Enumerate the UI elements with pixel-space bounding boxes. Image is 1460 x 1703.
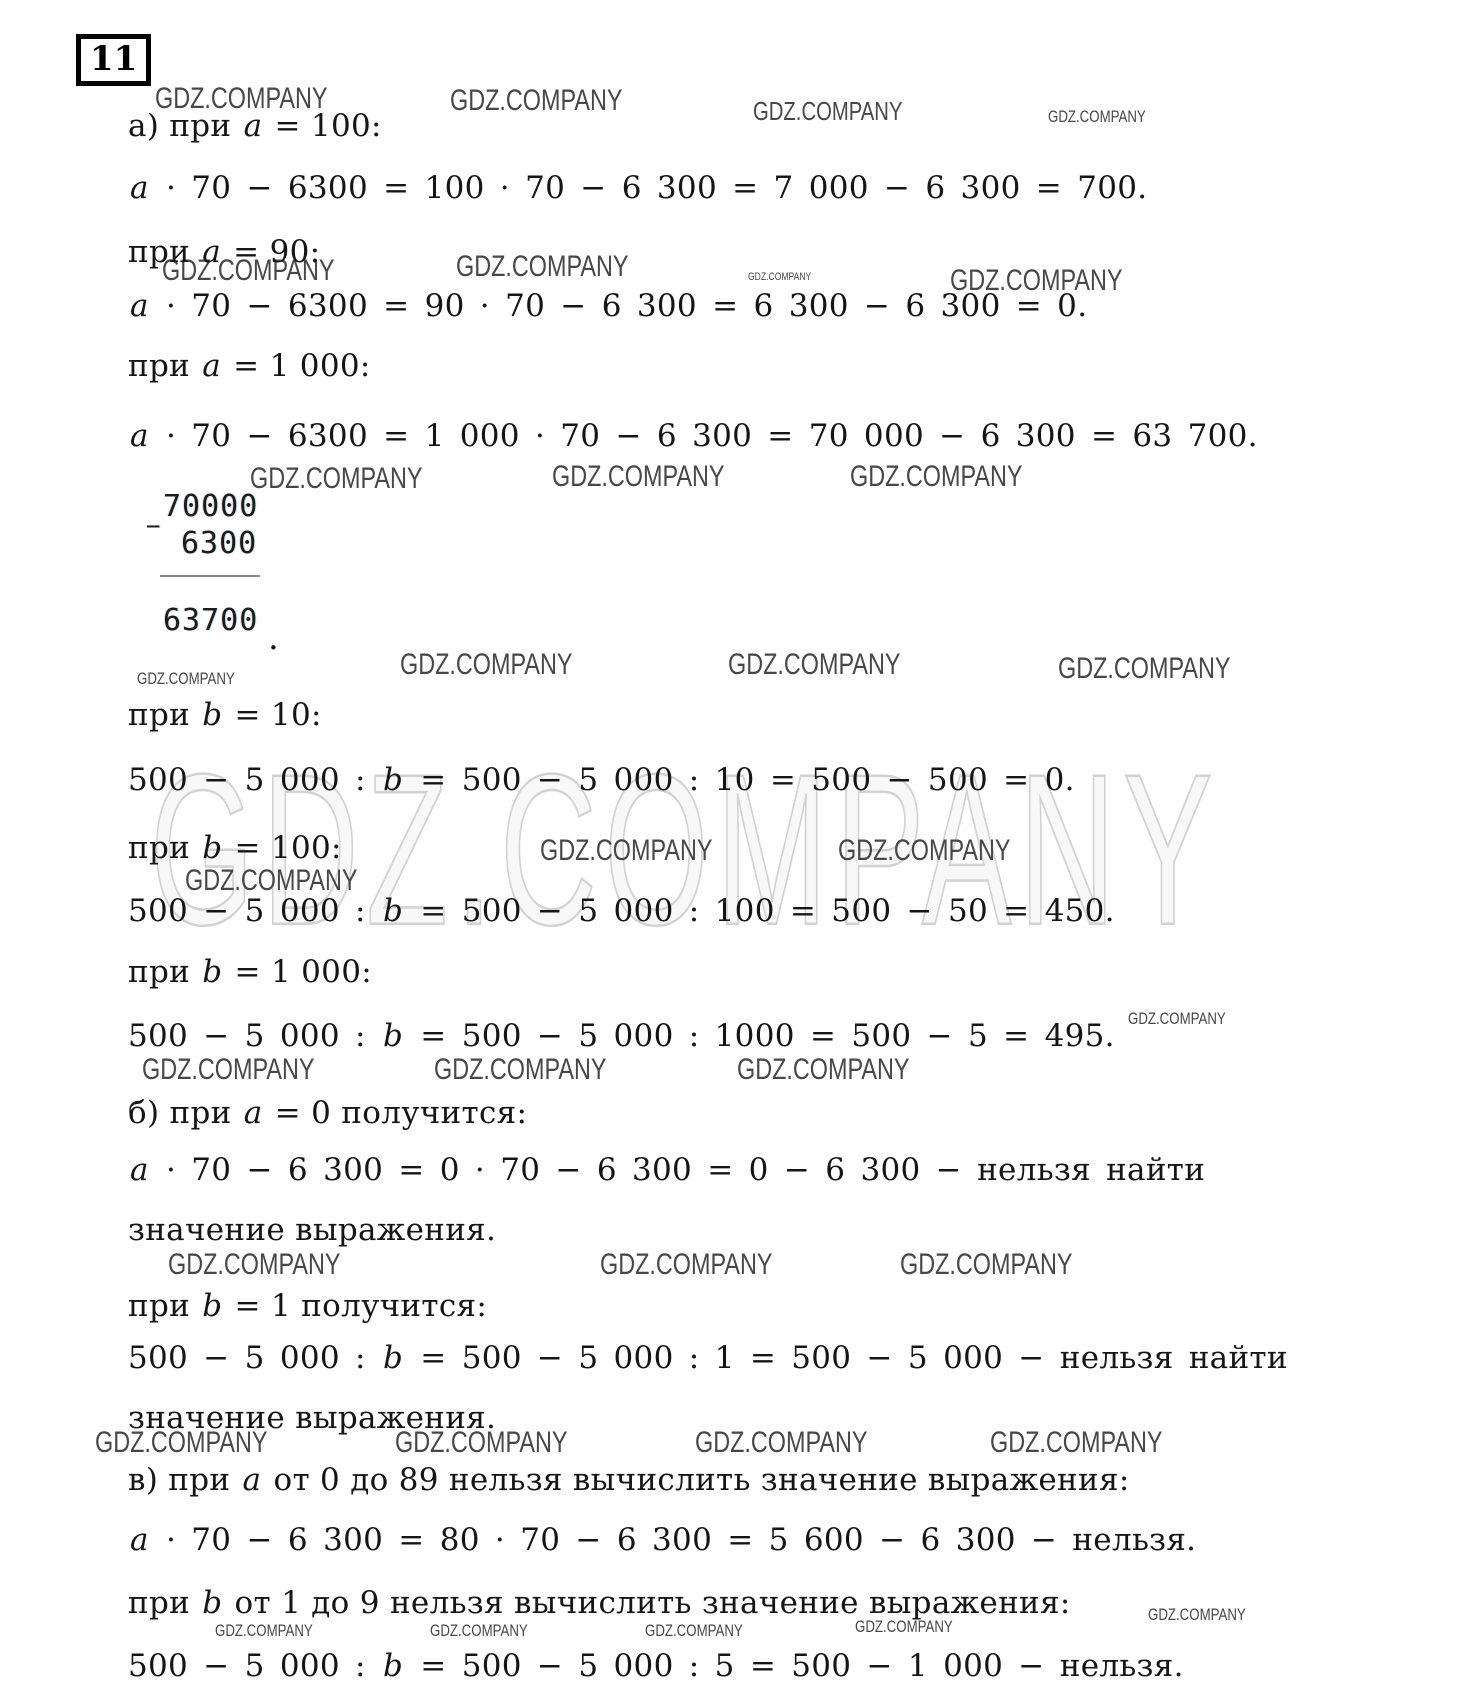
formula-case-b-a-0: a · 70 − 6 300 = 0 · 70 − 6 300 = 0 − 6 …: [128, 1152, 1205, 1188]
watermark: GDZ.COMPANY: [728, 650, 900, 680]
formula-case-v-b-5: 500 − 5 000 : b = 500 − 5 000 : 5 = 500 …: [128, 1648, 1184, 1684]
watermark: GDZ.COMPANY: [645, 1622, 743, 1639]
formula-a-100: a · 70 − 6300 = 100 · 70 − 6 300 = 7 000…: [128, 170, 1147, 206]
watermark: GDZ.COMPANY: [185, 866, 357, 896]
formula-b-100: 500 − 5 000 : b = 500 − 5 000 : 100 = 50…: [128, 893, 1115, 929]
column-subtraction-minus-sign: −: [146, 514, 161, 538]
formula-case-v-a-80: a · 70 − 6 300 = 80 · 70 − 6 300 = 5 600…: [128, 1522, 1196, 1558]
watermark: GDZ.COMPANY: [540, 836, 712, 866]
watermark: GDZ.COMPANY: [1058, 654, 1230, 684]
formula-case-b-b-1-continued: значение выражения.: [128, 1400, 496, 1436]
label-case-b-b-equals-1: при b = 1 получится:: [128, 1288, 487, 1324]
formula-case-b-b-1: 500 − 5 000 : b = 500 − 5 000 : 1 = 500 …: [128, 1340, 1288, 1376]
label-a-equals-1000: при a = 1 000:: [128, 348, 371, 384]
watermark: GDZ.COMPANY: [1048, 108, 1146, 125]
watermark: GDZ.COMPANY: [400, 650, 572, 680]
watermark: GDZ.COMPANY: [142, 1055, 314, 1085]
watermark: GDZ.COMPANY: [737, 1055, 909, 1085]
watermark: GDZ.COMPANY: [430, 1622, 528, 1639]
formula-case-b-a-0-continued: значение выражения.: [128, 1212, 496, 1248]
period-mark: .: [268, 618, 279, 658]
formula-b-10: 500 − 5 000 : b = 500 − 5 000 : 10 = 500…: [128, 762, 1075, 798]
column-subtraction-difference: 63700: [163, 606, 258, 636]
watermark: GDZ.COMPANY: [552, 462, 724, 492]
watermark: GDZ.COMPANY: [600, 1250, 772, 1280]
watermark: GDZ.COMPANY: [456, 252, 628, 282]
watermark: GDZ.COMPANY: [990, 1428, 1162, 1458]
column-subtraction-subtrahend: 6300: [181, 529, 257, 559]
label-b-equals-10: при b = 10:: [128, 697, 322, 733]
watermark: GDZ.COMPANY: [838, 836, 1010, 866]
column-subtraction-rule: [160, 575, 260, 577]
label-a-equals-100: а) при a = 100:: [128, 108, 382, 144]
watermark: GDZ.COMPANY: [250, 464, 422, 494]
watermark: GDZ.COMPANY: [450, 86, 622, 116]
watermark: GDZ.COMPANY: [695, 1428, 867, 1458]
watermark: GDZ.COMPANY: [748, 272, 811, 283]
label-b-equals-100: при b = 100:: [128, 830, 342, 866]
watermark: GDZ.COMPANY: [215, 1622, 313, 1639]
label-b-equals-1000: при b = 1 000:: [128, 954, 372, 990]
formula-a-90: a · 70 − 6300 = 90 · 70 − 6 300 = 6 300 …: [128, 288, 1087, 324]
watermark: GDZ.COMPANY: [434, 1055, 606, 1085]
column-subtraction-minuend: 70000: [163, 492, 258, 522]
problem-number-box: 11: [76, 34, 151, 86]
solution-page: GDZ.COMPANY 11 GDZ.COMPANY GDZ.COMPANY G…: [0, 0, 1460, 1703]
watermark: GDZ.COMPANY: [1148, 1606, 1246, 1623]
watermark: GDZ.COMPANY: [168, 1250, 340, 1280]
formula-b-1000: 500 − 5 000 : b = 500 − 5 000 : 1000 = 5…: [128, 1018, 1115, 1054]
watermark: GDZ.COMPANY: [753, 98, 902, 124]
label-a-equals-90: при a = 90:: [128, 234, 320, 270]
label-case-v-a-range: в) при a от 0 до 89 нельзя вычислить зна…: [128, 1462, 1130, 1498]
watermark: GDZ.COMPANY: [900, 1250, 1072, 1280]
watermark: GDZ.COMPANY: [1128, 1010, 1226, 1027]
formula-a-1000: a · 70 − 6300 = 1 000 · 70 − 6 300 = 70 …: [128, 418, 1258, 454]
label-case-v-b-range: при b от 1 до 9 нельзя вычислить значени…: [128, 1585, 1071, 1621]
label-case-b-a-equals-0: б) при a = 0 получится:: [128, 1095, 527, 1131]
watermark: GDZ.COMPANY: [137, 670, 235, 687]
watermark: GDZ.COMPANY: [850, 462, 1022, 492]
